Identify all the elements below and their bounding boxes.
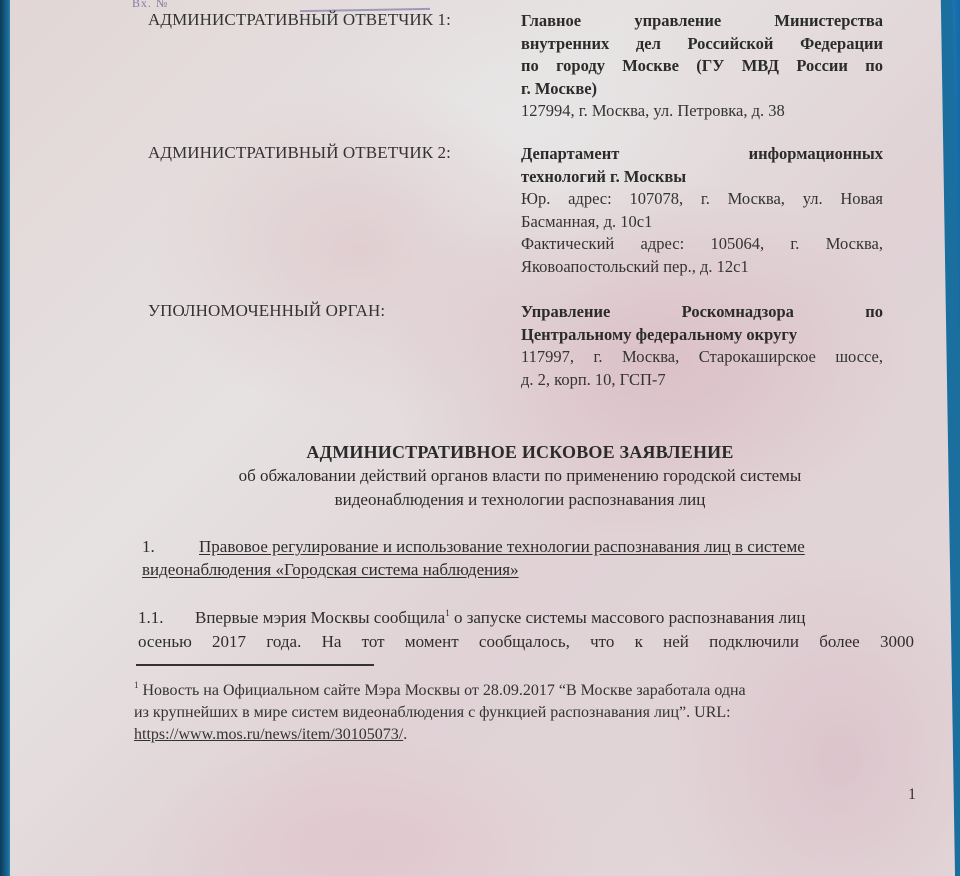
party-1-name-line: Главное управление Министерства xyxy=(521,10,883,33)
section-heading-line: Правовое регулирование и использование т… xyxy=(199,537,805,556)
party-2-actual-address-line: Яковоапостольский пер., д. 12с1 xyxy=(521,256,883,279)
party-1-address: 127994, г. Москва, ул. Петровка, д. 38 xyxy=(521,100,883,123)
party-2-legal-address-line: Юр. адрес: 107078, г. Москва, ул. Новая xyxy=(521,188,883,211)
footnote: 1 Новость на Официальном сайте Мэра Моск… xyxy=(134,680,894,746)
authority-address-line: д. 2, корп. 10, ГСП-7 xyxy=(521,369,883,392)
paragraph-text: Впервые мэрия Москвы сообщила xyxy=(195,608,445,627)
subtitle-line: об обжаловании действий органов власти п… xyxy=(150,464,890,488)
party-2-name-line: Департамент информационных xyxy=(521,143,883,166)
authority-name-line: Центральному федеральному округу xyxy=(521,324,883,347)
party-1-label: АДМИНИСТРАТИВНЫЙ ОТВЕТЧИК 1: xyxy=(148,10,451,30)
footnote-url-link[interactable]: https://www.mos.ru/news/item/30105073/ xyxy=(134,726,403,743)
party-1-details: Главное управление Министерства внутренн… xyxy=(521,10,883,123)
party-1-name-line: по городу Москве (ГУ МВД России по xyxy=(521,55,883,78)
paragraph-text: осенью 2017 года. На тот момент сообщало… xyxy=(138,630,914,654)
document-page: Вх. № АДМИНИСТРАТИВНЫЙ ОТВЕТЧИК 1: Главн… xyxy=(10,0,955,876)
page-number: 1 xyxy=(908,786,916,804)
section-heading: 1.Правовое регулирование и использование… xyxy=(142,535,910,581)
section-number: 1. xyxy=(142,535,199,558)
party-1-name-line: внутренних дел Российской Федерации xyxy=(521,33,883,56)
footnote-text: Новость на Официальном сайте Мэра Москвы… xyxy=(139,682,746,699)
authority-label: УПОЛНОМОЧЕННЫЙ ОРГАН: xyxy=(148,301,385,321)
party-2-name-line: технологий г. Москвы xyxy=(521,166,883,189)
authority-address-line: 117997, г. Москва, Старокаширское шоссе, xyxy=(521,346,883,369)
paragraph-text: о запуске системы массового распознавани… xyxy=(450,608,806,627)
party-2-actual-address-line: Фактический адрес: 105064, г. Москва, xyxy=(521,233,883,256)
footnote-text: из крупнейших в мире систем видеонаблюде… xyxy=(134,702,894,724)
party-2-label: АДМИНИСТРАТИВНЫЙ ОТВЕТЧИК 2: xyxy=(148,143,451,163)
section-heading-line: видеонаблюдения «Городская система наблю… xyxy=(142,560,519,579)
authority-name-line: Управление Роскомнадзора по xyxy=(521,301,883,324)
document-subtitle: об обжаловании действий органов власти п… xyxy=(150,464,890,512)
authority-details: Управление Роскомнадзора по Центральному… xyxy=(521,301,883,391)
footnote-separator xyxy=(136,664,374,666)
footnote-url-suffix: . xyxy=(403,726,407,743)
party-2-legal-address-line: Басманная, д. 10с1 xyxy=(521,211,883,234)
party-2-details: Департамент информационных технологий г.… xyxy=(521,143,883,278)
paragraph-number: 1.1. xyxy=(138,606,195,630)
document-title: АДМИНИСТРАТИВНОЕ ИСКОВОЕ ЗАЯВЛЕНИЕ xyxy=(150,442,890,463)
paragraph-1-1: 1.1.Впервые мэрия Москвы сообщила1 о зап… xyxy=(138,606,914,654)
subtitle-line: видеонаблюдения и технологии распознаван… xyxy=(150,488,890,512)
party-1-name-line: г. Москве) xyxy=(521,78,883,101)
